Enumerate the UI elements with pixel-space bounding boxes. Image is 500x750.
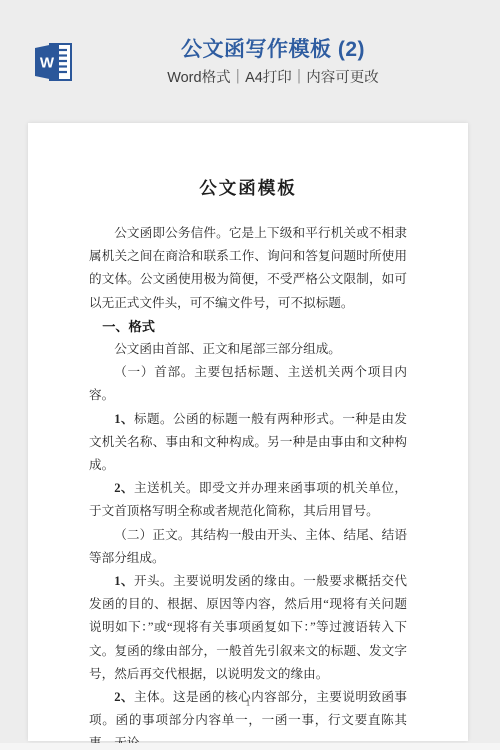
svg-text:W: W	[40, 55, 55, 72]
doc-paragraph: （一）首部。主要包括标题、主送机关两个项目内容。	[89, 361, 407, 407]
document-page: 公文函模板 公文函即公务信件。它是上下级和平行机关或不相隶属机关之间在商洽和联系…	[28, 123, 468, 741]
file-meta: Word格式｜A4打印｜内容可更改	[76, 68, 470, 88]
header-text: 公文函写作模板 (2) Word格式｜A4打印｜内容可更改	[76, 36, 470, 88]
doc-paragraph: 2、主送机关。即受文并办理来函事项的机关单位，于文首顶格写明全称或者规范化简称，…	[89, 477, 407, 523]
header: W 公文函写作模板 (2) Word格式｜A4打印｜内容可更改	[30, 36, 470, 88]
doc-paragraph: 1、标题。公函的标题一般有两种形式。一种是由发文机关名称、事由和文种构成。另一种…	[89, 408, 407, 478]
doc-paragraph: 公文函即公务信件。它是上下级和平行机关或不相隶属机关之间在商洽和联系工作、询问和…	[89, 222, 407, 315]
section-heading: 一、格式	[89, 315, 407, 338]
doc-title: 公文函模板	[28, 175, 468, 201]
word-file-icon: W	[30, 39, 76, 85]
doc-paragraph: 公文函由首部、正文和尾部三部分组成。	[89, 338, 407, 361]
page-title: 公文函写作模板 (2)	[76, 36, 470, 64]
doc-paragraph: （二）正文。其结构一般由开头、主体、结尾、结语等部分组成。	[89, 524, 407, 570]
page-number: 1	[28, 697, 468, 709]
doc-paragraph: 2、主体。这是函的核心内容部分，主要说明致函事项。函的事项部分内容单一，一函一事…	[89, 686, 407, 750]
doc-paragraph: 1、开头。主要说明发函的缘由。一般要求概括交代发函的目的、根据、原因等内容，然后…	[89, 570, 407, 686]
doc-paragraphs: 公文函即公务信件。它是上下级和平行机关或不相隶属机关之间在商洽和联系工作、询问和…	[89, 222, 407, 750]
next-section-strip	[0, 743, 500, 750]
